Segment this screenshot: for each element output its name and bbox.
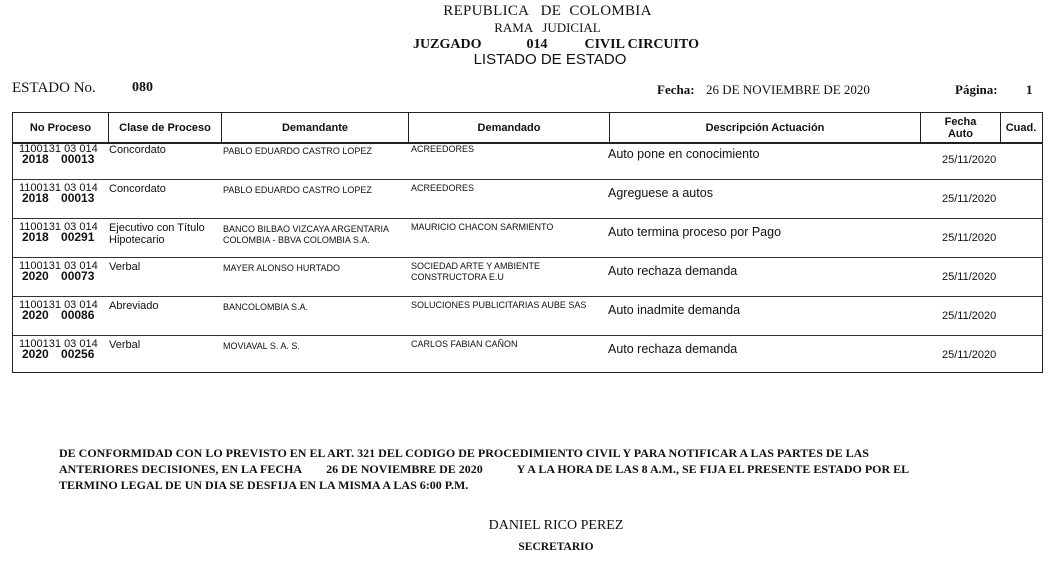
col-demandado: Demandado (409, 113, 610, 142)
auto-date: 25/11/2020 (942, 272, 996, 283)
process-year-number: 2018 00013 (22, 154, 94, 165)
process-class: Concordato (109, 183, 224, 195)
process-year-number: 2018 00013 (22, 193, 94, 204)
plaintiff: BANCOLOMBIA S.A. (223, 302, 403, 313)
plaintiff: PABLO EDUARDO CASTRO LOPEZ (223, 146, 403, 157)
document-title: LISTADO DE ESTADO (0, 51, 1064, 68)
defendant: SOLUCIONES PUBLICITARIAS AUBE SAS (411, 300, 611, 311)
action-description: Auto termina proceso por Pago (608, 227, 781, 238)
defendant: MAURICIO CHACON SARMIENTO (411, 222, 611, 233)
estado-label: ESTADO No. (12, 80, 96, 97)
legal-line-1: DE CONFORMIDAD CON LO PREVISTO EN EL ART… (59, 445, 909, 461)
header-branch: RAMA JUDICIAL (0, 20, 1064, 36)
pagina-label: Página: (955, 82, 998, 98)
header-country: REPUBLICA DE COLOMBIA (0, 3, 1064, 20)
action-description: Auto pone en conocimiento (608, 149, 760, 160)
plaintiff: MOVIAVAL S. A. S. (223, 341, 403, 352)
defendant: CARLOS FABIAN CAÑON (411, 339, 611, 350)
plaintiff: PABLO EDUARDO CASTRO LOPEZ (223, 185, 403, 196)
process-class: Ejecutivo con Título Hipotecario (109, 222, 224, 246)
fecha-value: 26 DE NOVIEMBRE DE 2020 (706, 82, 870, 98)
plaintiff: MAYER ALONSO HURTADO (223, 263, 403, 274)
table-row: 1100131 03 0142018 00291Ejecutivo con Tí… (13, 220, 1042, 258)
auto-date: 25/11/2020 (942, 233, 996, 244)
process-class: Concordato (109, 144, 224, 156)
action-description: Auto inadmite demanda (608, 305, 740, 316)
process-class: Abreviado (109, 300, 224, 312)
auto-date: 25/11/2020 (942, 194, 996, 205)
defendant: SOCIEDAD ARTE Y AMBIENTE CONSTRUCTORA E.… (411, 261, 611, 283)
signatory-title: SECRETARIO (0, 541, 1064, 553)
estado-number: 080 (132, 80, 153, 96)
table-header: No Proceso Clase de Proceso Demandante D… (13, 113, 1042, 144)
process-class: Verbal (109, 339, 224, 351)
col-clase: Clase de Proceso (109, 113, 222, 142)
col-fecha-auto: Fecha Auto (921, 113, 1001, 142)
action-description: Agreguese a autos (608, 188, 713, 199)
auto-date: 25/11/2020 (942, 350, 996, 361)
auto-date: 25/11/2020 (942, 155, 996, 166)
action-description: Auto rechaza demanda (608, 266, 737, 277)
defendant: ACREEDORES (411, 183, 611, 194)
defendant: ACREEDORES (411, 144, 611, 155)
process-year-number: 2020 00256 (22, 349, 94, 360)
col-no-proceso: No Proceso (13, 113, 109, 142)
table-row: 1100131 03 0142020 00086AbreviadoBANCOLO… (13, 298, 1042, 336)
table-row: 1100131 03 0142018 00013ConcordatoPABLO … (13, 142, 1042, 180)
pagina-value: 1 (1026, 82, 1033, 98)
fecha-label: Fecha: (657, 82, 695, 98)
auto-date: 25/11/2020 (942, 311, 996, 322)
table-row: 1100131 03 0142020 00073VerbalMAYER ALON… (13, 259, 1042, 297)
col-demandante: Demandante (222, 113, 409, 142)
legal-line-2: ANTERIORES DECISIONES, EN LA FECHA26 DE … (59, 461, 909, 477)
plaintiff: BANCO BILBAO VIZCAYA ARGENTARIA COLOMBIA… (223, 224, 403, 246)
legal-line-2b: Y A LA HORA DE LAS 8 A.M., SE FIJA EL PR… (517, 462, 909, 476)
signatory-name: DANIEL RICO PEREZ (0, 518, 1064, 534)
col-descripcion: Descripción Actuación (610, 113, 921, 142)
estado-table: No Proceso Clase de Proceso Demandante D… (12, 112, 1043, 373)
table-row: 1100131 03 0142020 00256VerbalMOVIAVAL S… (13, 337, 1042, 375)
process-year-number: 2018 00291 (22, 232, 94, 243)
process-year-number: 2020 00086 (22, 310, 94, 321)
process-class: Verbal (109, 261, 224, 273)
table-row: 1100131 03 0142018 00013ConcordatoPABLO … (13, 181, 1042, 219)
action-description: Auto rechaza demanda (608, 344, 737, 355)
legal-line-2-date: 26 DE NOVIEMBRE DE 2020 (326, 462, 483, 476)
col-cuad: Cuad. (1001, 113, 1041, 142)
legal-line-2a: ANTERIORES DECISIONES, EN LA FECHA (59, 462, 302, 476)
legal-line-3: TERMINO LEGAL DE UN DIA SE DESFIJA EN LA… (59, 477, 909, 493)
legal-notice: DE CONFORMIDAD CON LO PREVISTO EN EL ART… (59, 445, 909, 493)
process-year-number: 2020 00073 (22, 271, 94, 282)
